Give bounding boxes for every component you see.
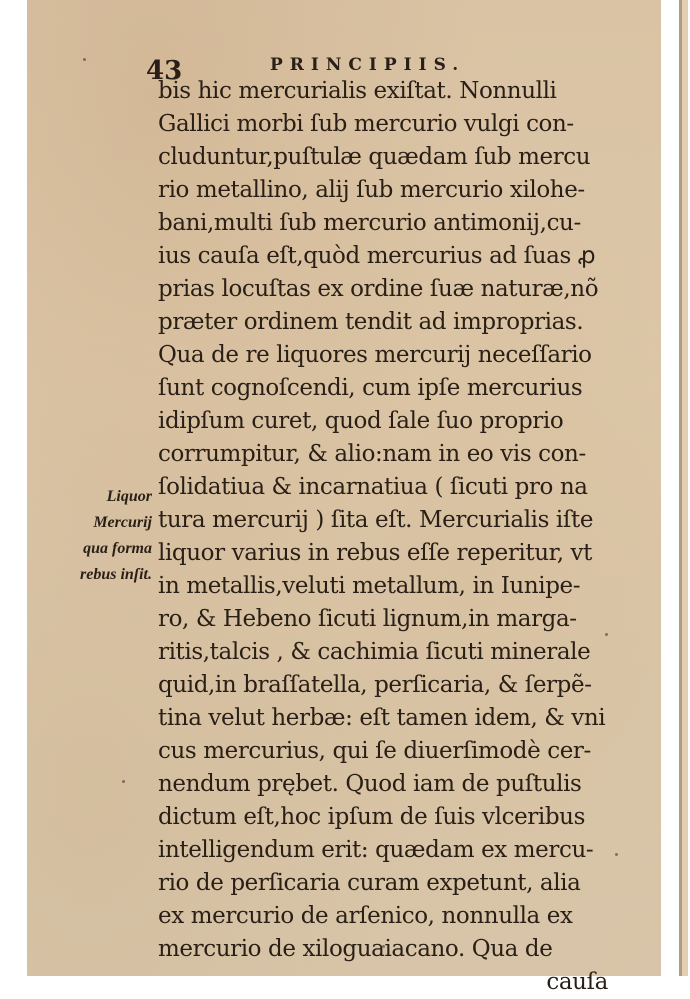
text-line: bani,multi ſub mercurio antimonij,cu- — [158, 207, 608, 240]
text-line: quid,in braſſatella, perſicaria, & ſerpẽ… — [158, 669, 608, 702]
text-line: intelligendum erit: quædam ex mercu- — [158, 834, 608, 867]
paper-speck — [83, 58, 86, 61]
catchword: cauſa — [158, 966, 608, 976]
text-line: ſolidatiua & incarnatiua ( ſicuti pro na — [158, 471, 608, 504]
marginal-note-line: Liquor — [40, 484, 152, 510]
text-line: rio de perſicaria curam expetunt, alia — [158, 867, 608, 900]
text-line: ro, & Hebeno ſicuti lignum,in marga- — [158, 603, 608, 636]
text-line: idipſum curet, quod ſale ſuo proprio — [158, 405, 608, 438]
text-line: liquor varius in rebus eſſe reperitur, v… — [158, 537, 608, 570]
text-line: tura mercurij ) ſita eſt. Mercurialis iſ… — [158, 504, 608, 537]
text-line: prias locuſtas ex ordine ſuæ naturæ,nõ — [158, 273, 608, 306]
marginal-note: Liquor Mercurij qua forma rebus inſit. — [40, 484, 152, 588]
page-outer-edge — [682, 0, 688, 976]
paper-speck — [615, 853, 618, 856]
text-line: tina velut herbæ: eſt tamen idem, & vni — [158, 702, 608, 735]
marginal-note-line: qua forma — [40, 536, 152, 562]
text-line: rio metallino, alij ſub mercurio xilohe- — [158, 174, 608, 207]
text-line: ius cauſa eſt,quòd mercurius ad ſuas ꝓ — [158, 240, 608, 273]
marginal-note-line: rebus inſit. — [40, 562, 152, 588]
marginal-note-line: Mercurij — [40, 510, 152, 536]
text-line: ritis,talcis , & cachimia ſicuti mineral… — [158, 636, 608, 669]
text-line: in metallis,veluti metallum, in Iunipe- — [158, 570, 608, 603]
paper-speck — [122, 780, 125, 783]
text-line: Qua de re liquores mercurij neceſſario — [158, 339, 608, 372]
text-line: corrumpitur, & alio:nam in eo vis con- — [158, 438, 608, 471]
text-line: dictum eſt,hoc ipſum de ſuis vlceribus — [158, 801, 608, 834]
body-text: bis hic mercurialis exiſtat. Nonnulli Ga… — [158, 75, 608, 976]
text-line: cluduntur,puſtulæ quædam ſub mercu — [158, 141, 608, 174]
text-line: bis hic mercurialis exiſtat. Nonnulli — [158, 75, 608, 108]
text-line: mercurio de xiloguaiacano. Qua de — [158, 933, 608, 966]
text-line: cus mercurius, qui ſe diuerſimodè cer- — [158, 735, 608, 768]
text-line: nendum prębet. Quod iam de puſtulis — [158, 768, 608, 801]
running-head: PRINCIPIIS. — [270, 55, 465, 75]
text-line: Gallici morbi ſub mercurio vulgi con- — [158, 108, 608, 141]
text-line: præter ordinem tendit ad improprias. — [158, 306, 608, 339]
text-line: ſunt cognoſcendi, cum ipſe mercurius — [158, 372, 608, 405]
text-line: ex mercurio de arſenico, nonnulla ex — [158, 900, 608, 933]
